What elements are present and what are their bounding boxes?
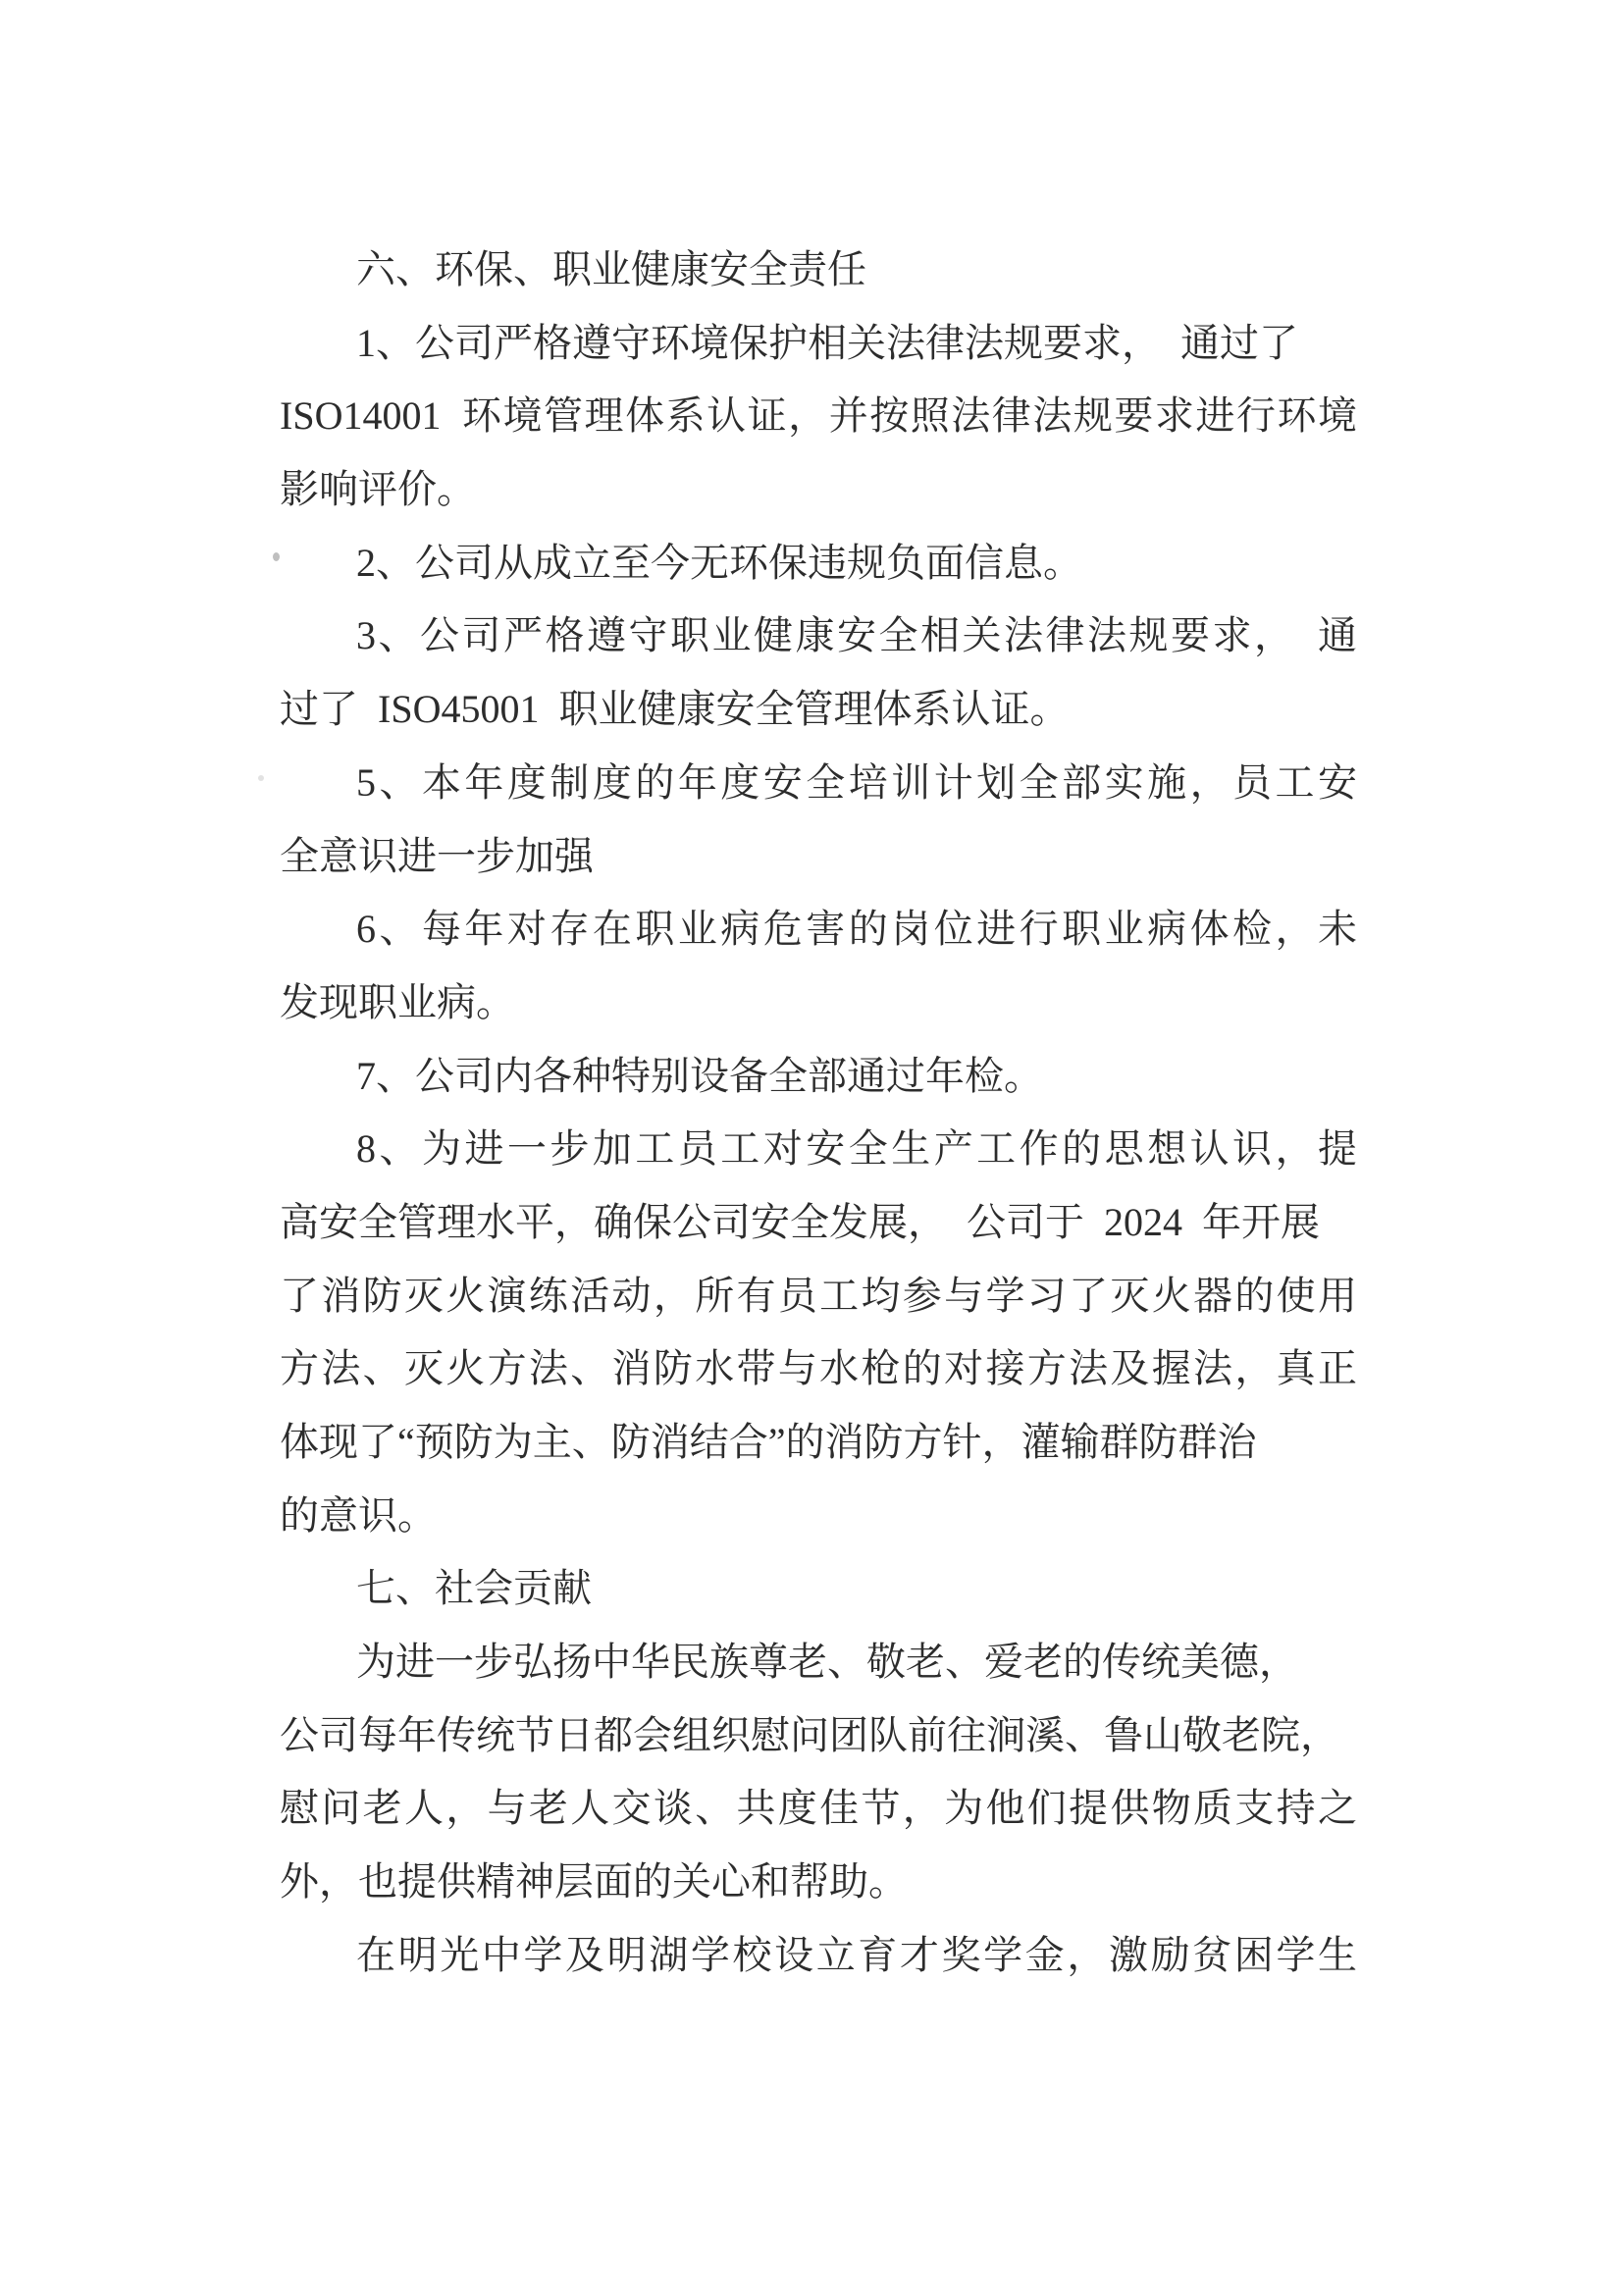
text-line: 2、公司从成立至今无环保违规负面信息。 — [280, 527, 1357, 600]
text-line: 外，也提供精神层面的关心和帮助。 — [280, 1846, 1357, 1919]
text-line: 影响评价。 — [280, 453, 1357, 527]
scan-speck — [258, 775, 264, 781]
text-line: 六、环保、职业健康安全责任 — [280, 234, 1357, 307]
text-line: 8、为进一步加工员工对安全生产工作的思想认识，提 — [280, 1113, 1357, 1186]
text-line: 6、每年对存在职业病危害的岗位进行职业病体检，未 — [280, 893, 1357, 966]
text-line: 公司每年传统节日都会组织慰问团队前往涧溪、鲁山敬老院， — [280, 1699, 1357, 1773]
text-line: 3、公司严格遵守职业健康安全相关法律法规要求， 通 — [280, 600, 1357, 673]
text-line: 七、社会贡献 — [280, 1552, 1357, 1626]
text-line: 了消防灭火演练活动，所有员工均参与学习了灭火器的使用 — [280, 1260, 1357, 1333]
text-line: 全意识进一步加强 — [280, 820, 1357, 894]
text-line: 为进一步弘扬中华民族尊老、敬老、爱老的传统美德， — [280, 1626, 1357, 1699]
text-line: 在明光中学及明湖学校设立育才奖学金，激励贫困学生 — [280, 1919, 1357, 1993]
text-line: ISO14001 环境管理体系认证，并按照法律法规要求进行环境 — [280, 380, 1357, 453]
text-line: 高安全管理水平，确保公司安全发展， 公司于 2024 年开展 — [280, 1186, 1357, 1260]
scanned-document-page: 六、环保、职业健康安全责任1、公司严格遵守环境保护相关法律法规要求， 通过了IS… — [0, 0, 1623, 2296]
document-lines: 六、环保、职业健康安全责任1、公司严格遵守环境保护相关法律法规要求， 通过了IS… — [280, 234, 1357, 1993]
text-line: 发现职业病。 — [280, 966, 1357, 1040]
text-line: 7、公司内各种特别设备全部通过年检。 — [280, 1040, 1357, 1114]
text-line: 体现了“预防为主、防消结合”的消防方针，灌输群防群治 — [280, 1406, 1357, 1480]
text-line: 的意识。 — [280, 1480, 1357, 1553]
text-line: 1、公司严格遵守环境保护相关法律法规要求， 通过了 — [280, 307, 1357, 381]
text-line: 慰问老人，与老人交谈、共度佳节，为他们提供物质支持之 — [280, 1772, 1357, 1846]
text-line: 过了 ISO45001 职业健康安全管理体系认证。 — [280, 673, 1357, 747]
text-line: 5、本年度制度的年度安全培训计划全部实施，员工安 — [280, 747, 1357, 820]
text-line: 方法、灭火方法、消防水带与水枪的对接方法及握法，真正 — [280, 1332, 1357, 1406]
scan-speck — [273, 552, 280, 561]
